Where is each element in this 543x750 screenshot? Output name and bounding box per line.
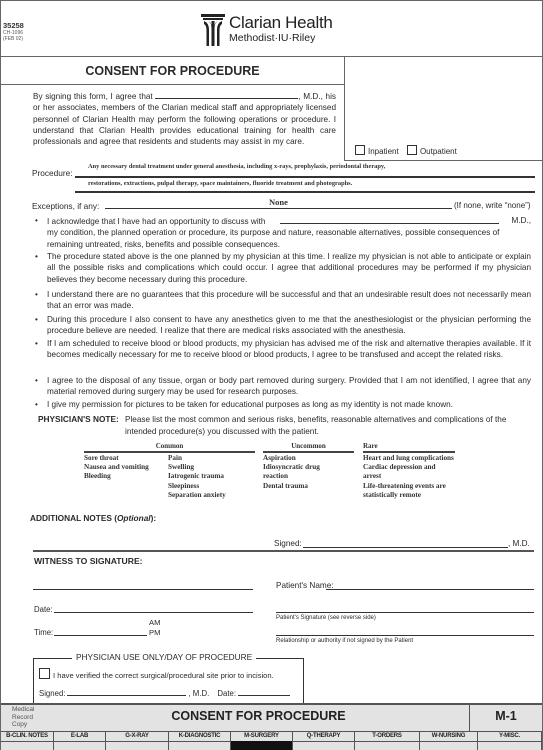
time-am[interactable]: AM — [149, 618, 160, 627]
hospital-subtitle: Methodist·IU·Riley — [229, 32, 315, 44]
procedure-line-1[interactable]: Any necessary dental treatment under gen… — [88, 163, 385, 170]
witness-signature-field[interactable] — [33, 589, 253, 590]
checkbox-icon — [39, 668, 50, 679]
form-revision: (FEB 02) — [3, 36, 24, 42]
checkbox-icon — [355, 145, 365, 155]
checkbox-icon — [407, 145, 417, 155]
statement-anesthetics: During this procedure I also consent to … — [35, 314, 531, 337]
risks-common-heading: Common — [84, 442, 255, 453]
tab-b-clin-notes[interactable]: B-CLIN. NOTES — [1, 731, 54, 741]
date-field[interactable] — [54, 612, 253, 613]
risks-common-col2: Pain Swelling Iatrogenic trauma Sleepine… — [168, 454, 258, 500]
time-field[interactable] — [54, 635, 147, 636]
tab-strip — [54, 741, 106, 750]
statement-tissue-disposal: I agree to the disposal of any tissue, o… — [35, 375, 531, 398]
physician-signed-suffix: , M.D. — [508, 539, 530, 548]
patient-name-field[interactable] — [326, 589, 534, 590]
relationship-field[interactable] — [276, 635, 534, 636]
tab-y-misc[interactable]: Y-MISC. — [478, 731, 542, 741]
date-label: Date: — [34, 605, 53, 614]
risks-uncommon-heading: Uncommon — [263, 442, 354, 453]
site-verified-checkbox[interactable]: I have verified the correct surgical/pro… — [39, 668, 274, 680]
time-pm[interactable]: PM — [149, 628, 160, 637]
form-number: 35258 — [3, 22, 24, 30]
exceptions-hint: (If none, write “none”) — [454, 201, 530, 210]
form-id-block: 35258 CH-1096 (FEB 02) — [3, 22, 24, 42]
patient-name-label: Patient's Name: — [276, 581, 334, 590]
patient-signature-field[interactable] — [276, 612, 534, 613]
inpatient-checkbox[interactable]: Inpatient — [355, 147, 399, 156]
time-label: Time: — [34, 628, 53, 637]
physician-use-signed-row: Signed:, M.D. Date: — [39, 688, 290, 698]
physician-use-box: PHYSICIAN USE ONLY/DAY OF PROCEDURE I ha… — [33, 658, 304, 703]
tab-strip — [106, 741, 169, 750]
tab-strip — [420, 741, 478, 750]
discussing-physician-field[interactable] — [280, 215, 499, 224]
active-tab-marker — [231, 741, 293, 750]
form-footer: Medical Record Copy CONSENT FOR PROCEDUR… — [1, 703, 542, 750]
risks-common-col1: Sore throat Nausea and vomiting Bleeding — [84, 454, 166, 482]
tab-strip — [293, 741, 355, 750]
exceptions-value[interactable]: None — [105, 197, 452, 207]
tab-w-nursing[interactable]: W-NURSING — [420, 731, 478, 741]
physician-note-text: Please list the most common and serious … — [125, 414, 535, 437]
procedure-label: Procedure: — [32, 168, 73, 178]
risks-rare-heading: Rare — [363, 442, 455, 453]
tab-q-therapy[interactable]: Q-THERAPY — [293, 731, 355, 741]
risks-uncommon-col: Aspiration Idiosyncratic drug reaction D… — [263, 454, 335, 491]
procedure-line-2[interactable]: restorations, extractions, pulpal therap… — [88, 180, 352, 187]
risks-rare-col: Heart and lung complications Cardiac dep… — [363, 454, 455, 500]
hospital-logo: Clarian Health Methodist·IU·Riley — [201, 14, 351, 46]
tab-g-x-ray[interactable]: G-X-RAY — [106, 731, 169, 741]
physician-use-signature-field[interactable] — [67, 688, 186, 696]
statement-no-guarantee: I understand there are no guarantees tha… — [35, 289, 531, 312]
additional-notes-label: ADDITIONAL NOTES (Optional): — [30, 513, 156, 523]
acknowledgement-bullet: I acknowledge that I have had an opportu… — [35, 215, 531, 250]
tab-strip — [478, 741, 542, 750]
footer-title: CONSENT FOR PROCEDURE — [61, 709, 456, 723]
patient-label-box: Inpatient Outpatient — [344, 56, 543, 161]
tab-strip — [355, 741, 420, 750]
patient-signature-caption: Patient's Signature (see reverse side) — [276, 615, 376, 621]
physician-signature-field[interactable] — [303, 547, 508, 548]
footer-form-code: M-1 — [470, 709, 542, 723]
hospital-name: Clarian Health — [229, 14, 333, 32]
patient-type-options: Inpatient Outpatient — [355, 145, 457, 157]
statement-photographs: I give my permission for pictures to be … — [35, 399, 531, 410]
clarian-columns-logo-icon — [201, 14, 225, 46]
witness-heading: WITNESS TO SIGNATURE: — [34, 556, 143, 566]
physician-note-label: PHYSICIAN'S NOTE: — [38, 414, 119, 424]
tab-e-lab[interactable]: E-LAB — [54, 731, 106, 741]
copy-label: Medical Record Copy — [12, 706, 34, 729]
physician-signed-label: Signed: — [274, 539, 302, 548]
tab-strip — [1, 741, 54, 750]
form-title: CONSENT FOR PROCEDURE — [1, 64, 344, 78]
statement-planned-procedure: The procedure stated above is the one pl… — [35, 251, 531, 285]
outpatient-checkbox[interactable]: Outpatient — [407, 147, 457, 156]
statement-blood-products: If I am scheduled to receive blood or bl… — [35, 338, 531, 361]
relationship-caption: Relationship or authority if not signed … — [276, 638, 413, 644]
tab-strip — [169, 741, 231, 750]
physician-use-date-field[interactable] — [238, 688, 290, 696]
intro-paragraph: By signing this form, I agree that , M.D… — [33, 90, 336, 147]
consent-form-page: 35258 CH-1096 (FEB 02) Clarian Health Me… — [0, 0, 543, 750]
physician-use-legend: PHYSICIAN USE ONLY/DAY OF PROCEDURE — [72, 652, 256, 662]
tab-t-orders[interactable]: T-ORDERS — [355, 731, 420, 741]
physician-name-field[interactable] — [155, 90, 298, 99]
exceptions-label: Exceptions, if any: — [32, 201, 99, 211]
tab-m-surgery[interactable]: M-SURGERY — [231, 731, 293, 741]
tab-k-diagnostic[interactable]: K-DIAGNOSTIC — [169, 731, 231, 741]
